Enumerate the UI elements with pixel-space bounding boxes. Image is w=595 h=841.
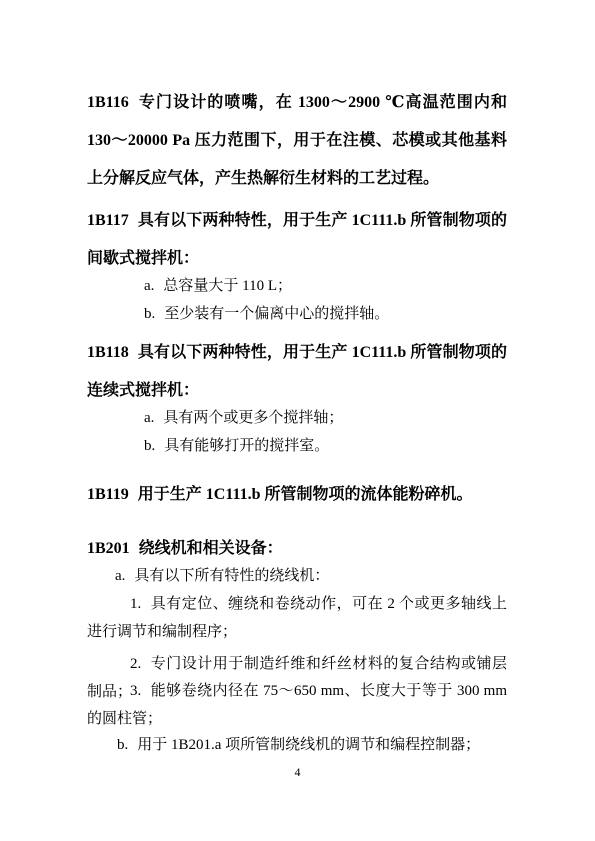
section-1B118-heading: 1B118具有以下两种特性，用于生产 1C111.b 所管制物项的连续式搅拌机： xyxy=(87,334,507,410)
list-item-text: 具有定位、缠绕和卷绕动作，可在 2 个或更多轴线上进行调节和编制程序； xyxy=(87,596,507,640)
list-item-1B117-a: a.总容量大于 110 L； xyxy=(87,272,507,300)
section-1B117-text: 具有以下两种特性，用于生产 1C111.b 所管制物项的间歇式搅拌机： xyxy=(87,212,507,267)
list-item-prefix: b. xyxy=(117,737,128,753)
section-1B118-text: 具有以下两种特性，用于生产 1C111.b 所管制物项的连续式搅拌机： xyxy=(87,344,507,399)
section-1B119-text: 用于生产 1C111.b 所管制物项的流体能粉碎机。 xyxy=(138,486,473,503)
list-item-text: 用于 1B201.a 项所管制绕线机的调节和编程控制器； xyxy=(137,737,480,753)
list-item-text: 总容量大于 110 L； xyxy=(163,278,292,294)
section-1B116-text: 专门设计的喷嘴，在 1300～2900 ℃高温范围内和130～20000 Pa … xyxy=(87,94,507,187)
list-item-1B117-b: b.至少装有一个偏离中心的搅拌轴。 xyxy=(87,300,507,328)
section-1B116-code: 1B116 xyxy=(87,94,129,111)
page-number: 4 xyxy=(0,764,595,780)
section-1B119-code: 1B119 xyxy=(87,486,129,503)
list-item-text: 具有两个或更多个搅拌轴； xyxy=(163,410,343,426)
section-1B201-text: 绕线机和相关设备： xyxy=(139,540,283,557)
list-item-1B118-b: b.具有能够打开的搅拌室。 xyxy=(87,432,507,460)
list-item-text: 具有能够打开的搅拌室。 xyxy=(164,438,329,454)
list-item-1B201-a: a.具有以下所有特性的绕线机： xyxy=(87,562,507,590)
section-1B118-code: 1B118 xyxy=(87,344,129,361)
list-item-prefix: a. xyxy=(144,410,154,426)
list-item-text: 具有以下所有特性的绕线机： xyxy=(134,568,329,584)
list-item-prefix: 1. xyxy=(130,596,141,612)
list-item-prefix: 3. xyxy=(130,683,141,699)
list-item-prefix: a. xyxy=(144,278,154,294)
list-item-1B201-b: b.用于 1B201.a 项所管制绕线机的调节和编程控制器； xyxy=(87,731,507,759)
list-item-1B201-a1: 1.具有定位、缠绕和卷绕动作，可在 2 个或更多轴线上进行调节和编制程序； xyxy=(87,590,507,646)
list-item-text: 能够卷绕内径在 75～650 mm、长度大于等于 300 mm 的圆柱管； xyxy=(87,683,507,727)
list-item-prefix: b. xyxy=(144,438,155,454)
list-item-prefix: b. xyxy=(144,306,155,322)
list-item-prefix: a. xyxy=(115,568,125,584)
list-item-prefix: 2. xyxy=(130,656,141,672)
list-item-1B118-a: a.具有两个或更多个搅拌轴； xyxy=(87,404,507,432)
document-page: 1B116专门设计的喷嘴，在 1300～2900 ℃高温范围内和130～2000… xyxy=(0,0,595,841)
section-1B117-heading: 1B117具有以下两种特性，用于生产 1C111.b 所管制物项的间歇式搅拌机： xyxy=(87,202,507,278)
section-1B116-heading: 1B116专门设计的喷嘴，在 1300～2900 ℃高温范围内和130～2000… xyxy=(87,84,507,198)
section-1B119-heading: 1B119用于生产 1C111.b 所管制物项的流体能粉碎机。 xyxy=(87,476,507,514)
list-item-1B201-a3: 3.能够卷绕内径在 75～650 mm、长度大于等于 300 mm 的圆柱管； xyxy=(87,677,507,733)
section-1B201-code: 1B201 xyxy=(87,540,130,557)
section-1B117-code: 1B117 xyxy=(87,212,129,229)
list-item-text: 至少装有一个偏离中心的搅拌轴。 xyxy=(164,306,389,322)
